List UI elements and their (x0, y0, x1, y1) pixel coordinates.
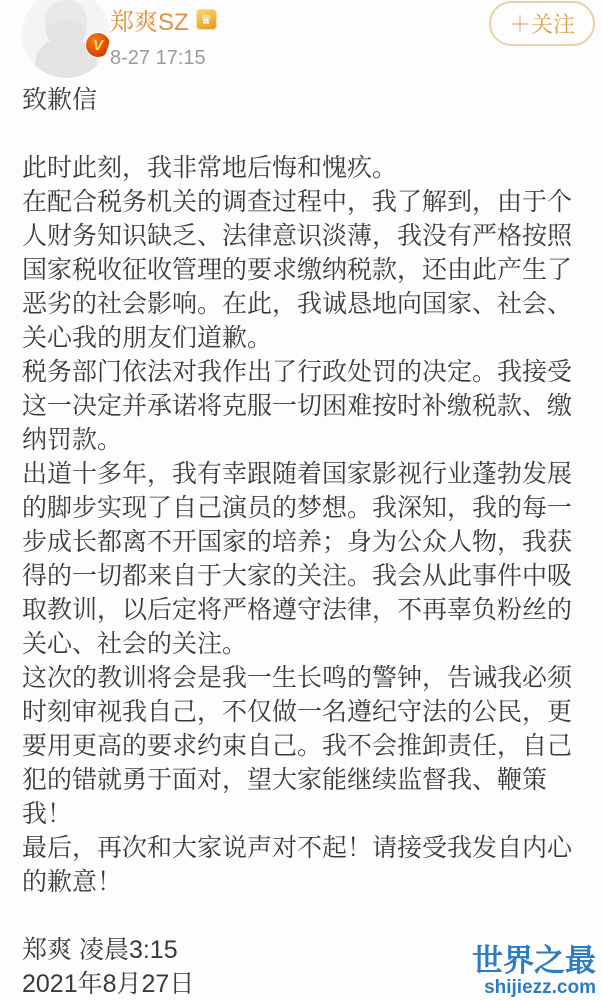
post-timestamp: 8-27 17:15 (110, 47, 217, 70)
post-line: 恶劣的社会影响。在此，我诚恳地向国家、社会、 (22, 287, 581, 321)
post-line: 国家税收征收管理的要求缴纳税款，还由此产生了 (22, 253, 581, 287)
post-line: 取教训，以后定将严格遵守法律，不再辜负粉丝的 (22, 593, 581, 627)
post-line: 人财务知识缺乏、法律意识淡薄，我没有严格按照 (22, 219, 581, 253)
vip-crown-badge-icon: ♛ (196, 9, 217, 30)
post-line: 时刻审视我自己，不仅做一名遵纪守法的公民，更 (22, 695, 581, 729)
post-line: 税务部门依法对我作出了行政处罚的决定。我接受 (22, 355, 581, 389)
blank-line (22, 117, 581, 151)
weibo-post-screenshot: V 郑爽SZ ♛ 8-27 17:15 ＋关注 致歉信 此时此刻，我非常地后悔和… (0, 0, 603, 1000)
follow-button[interactable]: ＋关注 (489, 1, 595, 46)
post-line: 此时此刻，我非常地后悔和愧疚。 (22, 151, 581, 185)
post-line: 步成长都离不开国家的培养；身为公众人物，我获 (22, 525, 581, 559)
username[interactable]: 郑爽SZ (110, 2, 189, 37)
post-line: 的歉意！ (22, 865, 581, 899)
watermark-url: shijiezz.com (472, 977, 596, 998)
post-header: V 郑爽SZ ♛ 8-27 17:15 ＋关注 (0, 0, 603, 80)
post-content: 致歉信 此时此刻，我非常地后悔和愧疚。在配合税务机关的调查过程中，我了解到，由于… (0, 80, 603, 1000)
post-line: 这一决定并承诺将克服一切困难按时补缴税款、缴 (22, 389, 581, 423)
site-watermark: 世界之最 shijiezz.com (472, 944, 596, 998)
verified-badge-icon: V (85, 32, 110, 58)
post-line: 在配合税务机关的调查过程中，我了解到，由于个 (22, 185, 581, 219)
post-line: 得的一切都来自于大家的关注。我会从此事件中吸 (22, 559, 581, 593)
post-line: 我！ (22, 797, 581, 831)
post-line: 最后，再次和大家说声对不起！请接受我发自内心 (22, 831, 581, 865)
post-title: 致歉信 (22, 83, 581, 117)
watermark-title: 世界之最 (472, 944, 596, 977)
post-line: 关心、社会的关注。 (22, 627, 581, 661)
post-line: 关心我的朋友们道歉。 (22, 321, 581, 355)
post-line: 出道十多年，我有幸跟随着国家影视行业蓬勃发展 (22, 457, 581, 491)
avatar[interactable]: V (22, 0, 110, 78)
post-line: 犯的错就勇于面对，望大家能继续监督我、鞭策 (22, 763, 581, 797)
post-line: 的脚步实现了自己演员的梦想。我深知，我的每一 (22, 491, 581, 525)
post-line: 这次的教训将会是我一生长鸣的警钟，告诫我必须 (22, 661, 581, 695)
post-line: 要用更高的要求约束自己。我不会推卸责任，自己 (22, 729, 581, 763)
post-line: 纳罚款。 (22, 423, 581, 457)
user-meta: 郑爽SZ ♛ 8-27 17:15 (110, 2, 217, 70)
post-text: 此时此刻，我非常地后悔和愧疚。在配合税务机关的调查过程中，我了解到，由于个人财务… (22, 151, 581, 899)
